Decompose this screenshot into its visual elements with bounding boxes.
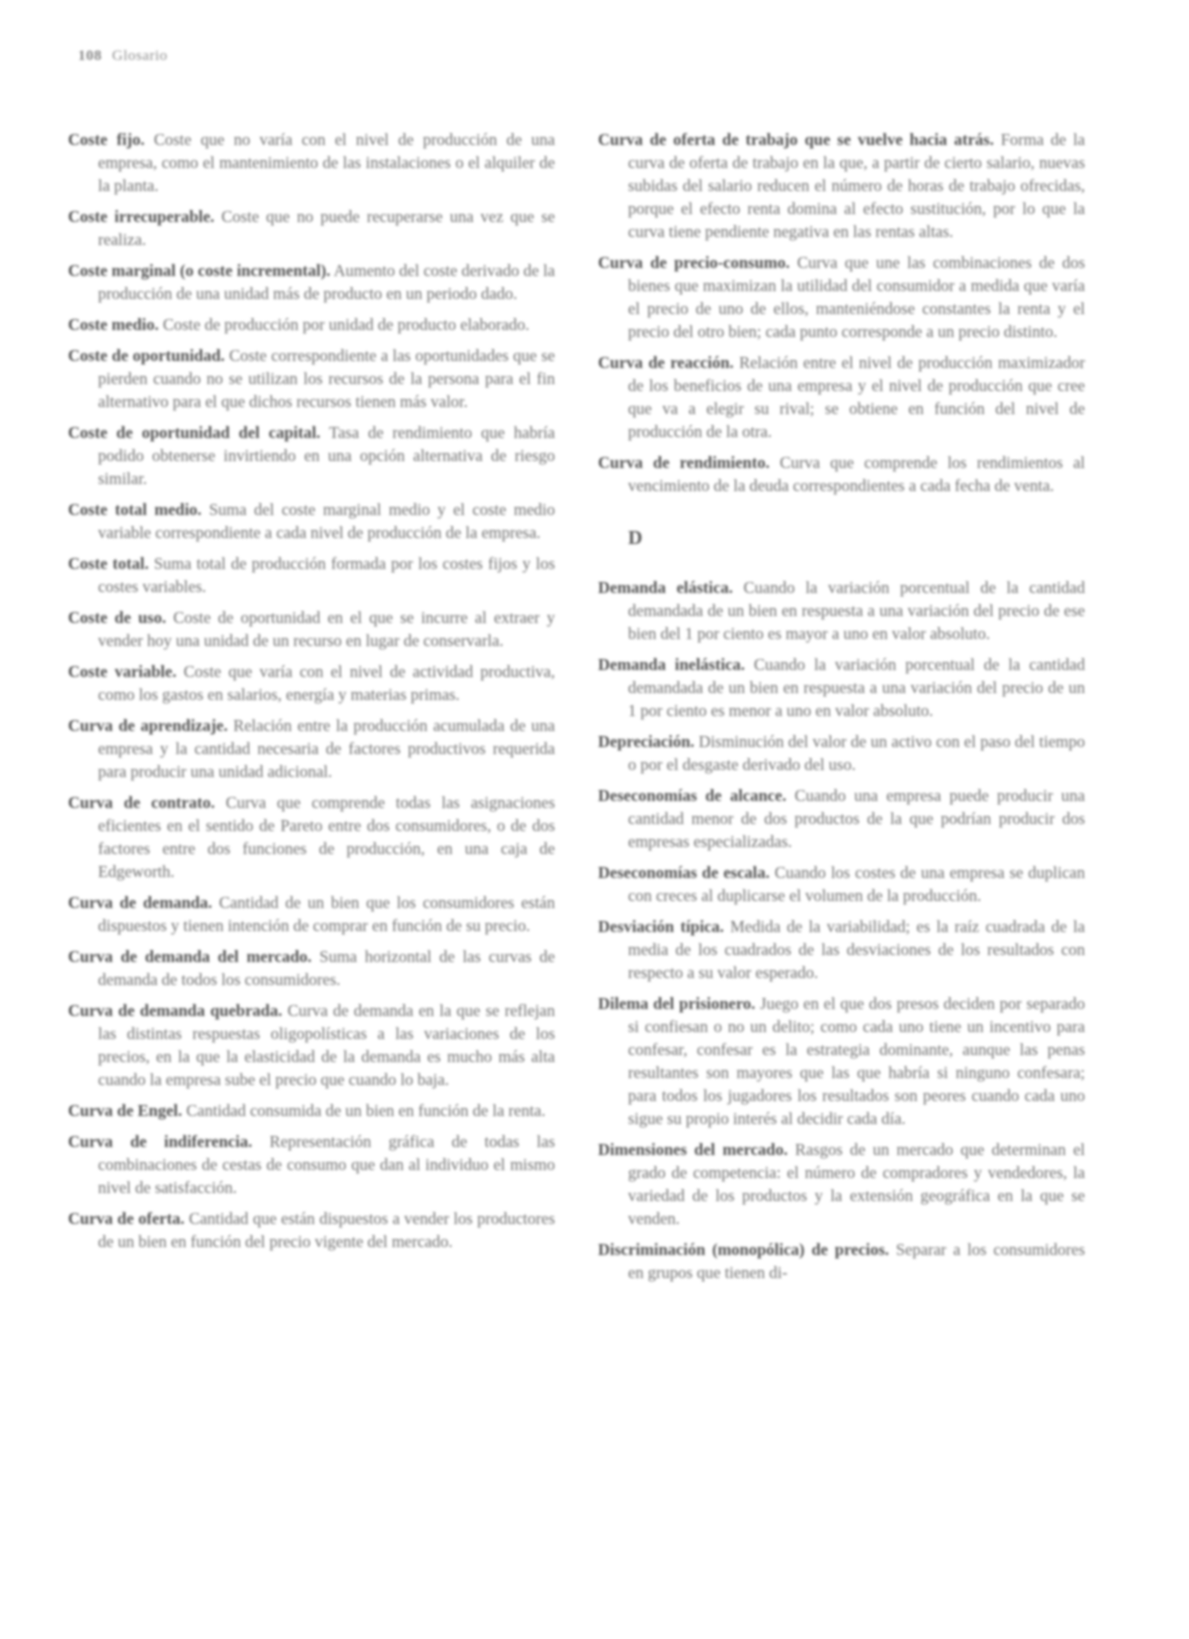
glossary-entry: Coste medio. Coste de producción por uni…	[68, 313, 555, 336]
glossary-term: Curva de contrato.	[68, 793, 215, 812]
glossary-page: 108Glosario Coste fijo. Coste que no var…	[0, 0, 1189, 1639]
glossary-entries-before-d: Curva de oferta de trabajo que se vuelve…	[598, 128, 1085, 497]
glossary-definition: Coste de producción por unidad de produc…	[159, 315, 530, 334]
glossary-term: Coste marginal (o coste incremental).	[68, 261, 330, 280]
glossary-definition: Suma total de producción formada por los…	[98, 554, 555, 596]
glossary-entry: Curva de demanda. Cantidad de un bien qu…	[68, 891, 555, 937]
glossary-entry: Coste total. Suma total de producción fo…	[68, 552, 555, 598]
glossary-definition: Coste de oportunidad en el que se incurr…	[98, 608, 555, 650]
glossary-term: Coste total.	[68, 554, 149, 573]
glossary-term: Curva de reacción.	[598, 353, 734, 372]
glossary-entry: Curva de contrato. Curva que comprende t…	[68, 791, 555, 883]
glossary-entry: Demanda elástica. Cuando la variación po…	[598, 576, 1085, 645]
glossary-entry: Curva de indiferencia. Representación gr…	[68, 1130, 555, 1199]
glossary-entry: Curva de aprendizaje. Relación entre la …	[68, 714, 555, 783]
glossary-entry: Curva de precio-consumo. Curva que une l…	[598, 251, 1085, 343]
page-number: 108	[78, 48, 102, 64]
glossary-term: Deseconomías de escala.	[598, 863, 770, 882]
glossary-entry: Curva de demanda quebrada. Curva de dema…	[68, 999, 555, 1091]
glossary-entry: Coste fijo. Coste que no varía con el ni…	[68, 128, 555, 197]
glossary-entry: Demanda inelástica. Cuando la variación …	[598, 653, 1085, 722]
running-head: 108Glosario	[78, 48, 168, 65]
glossary-entry: Dilema del prisionero. Juego en el que d…	[598, 992, 1085, 1130]
glossary-entry: Curva de oferta de trabajo que se vuelve…	[598, 128, 1085, 243]
glossary-term: Curva de Engel.	[68, 1101, 182, 1120]
glossary-entry: Curva de oferta. Cantidad que están disp…	[68, 1207, 555, 1253]
glossary-definition: Coste que no varía con el nivel de produ…	[98, 130, 555, 195]
glossary-entry: Dimensiones del mercado. Rasgos de un me…	[598, 1138, 1085, 1230]
glossary-entry: Coste total medio. Suma del coste margin…	[68, 498, 555, 544]
glossary-entry: Coste irrecuperable. Coste que no puede …	[68, 205, 555, 251]
section-letter-d: D	[628, 527, 1085, 550]
glossary-term: Curva de oferta.	[68, 1209, 184, 1228]
glossary-entry: Coste de oportunidad del capital. Tasa d…	[68, 421, 555, 490]
glossary-term: Curva de oferta de trabajo que se vuelve…	[598, 130, 994, 149]
glossary-term: Coste de oportunidad del capital.	[68, 423, 320, 442]
glossary-term: Curva de indiferencia.	[68, 1132, 252, 1151]
scanned-sheet: 108Glosario Coste fijo. Coste que no var…	[0, 0, 1189, 1639]
glossary-entry: Coste variable. Coste que varía con el n…	[68, 660, 555, 706]
page-title: Glosario	[112, 48, 168, 64]
glossary-entry: Deseconomías de escala. Cuando los coste…	[598, 861, 1085, 907]
glossary-term: Curva de precio-consumo.	[598, 253, 790, 272]
glossary-entry: Curva de demanda del mercado. Suma horiz…	[68, 945, 555, 991]
glossary-term: Curva de demanda del mercado.	[68, 947, 312, 966]
glossary-entries-after-d: Demanda elástica. Cuando la variación po…	[598, 576, 1085, 1284]
glossary-entry: Coste marginal (o coste incremental). Au…	[68, 259, 555, 305]
glossary-entry: Depreciación. Disminución del valor de u…	[598, 730, 1085, 776]
glossary-entry: Curva de rendimiento. Curva que comprend…	[598, 451, 1085, 497]
glossary-definition: Juego en el que dos presos deciden por s…	[628, 994, 1085, 1128]
glossary-definition: Cantidad consumida de un bien en función…	[182, 1101, 545, 1120]
glossary-term: Dilema del prisionero.	[598, 994, 755, 1013]
glossary-column-left: Coste fijo. Coste que no varía con el ni…	[68, 128, 555, 1261]
glossary-term: Coste irrecuperable.	[68, 207, 214, 226]
glossary-entry: Coste de oportunidad. Coste correspondie…	[68, 344, 555, 413]
glossary-term: Curva de demanda quebrada.	[68, 1001, 282, 1020]
glossary-entry: Curva de reacción. Relación entre el niv…	[598, 351, 1085, 443]
glossary-definition: Disminución del valor de un activo con e…	[628, 732, 1085, 774]
glossary-entry: Curva de Engel. Cantidad consumida de un…	[68, 1099, 555, 1122]
glossary-term: Demanda elástica.	[598, 578, 733, 597]
glossary-term: Discriminación (monopólica) de precios.	[598, 1240, 889, 1259]
glossary-term: Coste de oportunidad.	[68, 346, 225, 365]
glossary-term: Curva de aprendizaje.	[68, 716, 228, 735]
glossary-term: Curva de demanda.	[68, 893, 212, 912]
glossary-term: Dimensiones del mercado.	[598, 1140, 788, 1159]
glossary-term: Demanda inelástica.	[598, 655, 745, 674]
glossary-entry: Desviación típica. Medida de la variabil…	[598, 915, 1085, 984]
glossary-term: Coste medio.	[68, 315, 159, 334]
glossary-entry: Discriminación (monopólica) de precios. …	[598, 1238, 1085, 1284]
glossary-column-right: Curva de oferta de trabajo que se vuelve…	[598, 128, 1085, 1292]
glossary-entry: Deseconomías de alcance. Cuando una empr…	[598, 784, 1085, 853]
glossary-term: Coste variable.	[68, 662, 176, 681]
glossary-term: Coste fijo.	[68, 130, 145, 149]
glossary-term: Desviación típica.	[598, 917, 724, 936]
glossary-term: Deseconomías de alcance.	[598, 786, 786, 805]
glossary-term: Curva de rendimiento.	[598, 453, 770, 472]
glossary-entry: Coste de uso. Coste de oportunidad en el…	[68, 606, 555, 652]
glossary-term: Coste total medio.	[68, 500, 202, 519]
glossary-term: Coste de uso.	[68, 608, 166, 627]
glossary-term: Depreciación.	[598, 732, 694, 751]
